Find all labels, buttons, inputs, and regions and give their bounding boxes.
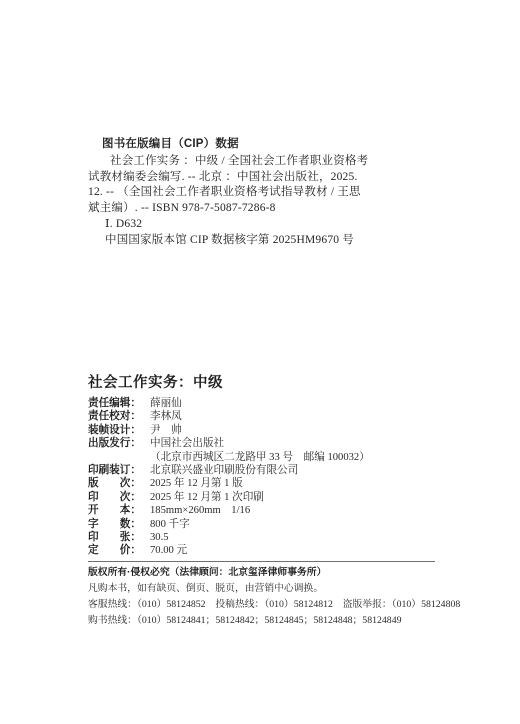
divider	[88, 561, 435, 562]
credit-value: 2025 年 12 月第 1 版	[150, 477, 243, 490]
credit-row-price: 定 价： 70.00 元	[88, 544, 448, 557]
credit-row-impression: 印 次： 2025 年 12 月第 1 次印刷	[88, 491, 448, 504]
credit-label: 印刷装订：	[88, 464, 150, 477]
credit-value: 尹 帅	[150, 424, 182, 437]
copyright-notice: 版权所有·侵权必究（法律顾问：北京玺泽律师事务所）	[88, 565, 458, 581]
credit-row-sheets: 印 张： 30.5	[88, 531, 448, 544]
credit-label: 责任编辑：	[88, 397, 150, 410]
credit-label: 印 次：	[88, 491, 150, 504]
cip-heading: 图书在版编目（CIP）数据	[102, 137, 436, 153]
credit-row-printer: 印刷装订： 北京联兴盛业印刷股份有限公司	[88, 464, 448, 477]
credit-label: 印 张：	[88, 531, 150, 544]
copyright-page: 图书在版编目（CIP）数据 社会工作实务 ：中级 / 全国社会工作者职业资格考 …	[0, 0, 520, 724]
cip-line: 社会工作实务 ：中级 / 全国社会工作者职业资格考	[110, 154, 436, 170]
credit-value: 北京联兴盛业印刷股份有限公司	[150, 464, 298, 477]
cip-line: 试教材编委会编写. -- 北京 ：中国社会出版社，2025.	[88, 170, 436, 186]
book-title: 社会工作实务：中级	[88, 371, 223, 392]
cip-line: 斌主编）. -- ISBN 978-7-5087-7286-8	[88, 201, 436, 217]
credit-value: 30.5	[150, 531, 169, 544]
cip-line: 12. -- （全国社会工作者职业资格考试指导教材 / 王思	[88, 185, 436, 201]
credit-label: 开 本：	[88, 504, 150, 517]
credits-list: 责任编辑： 薛丽仙 责任校对： 李林凤 装帧设计： 尹 帅 出版发行： 中国社会…	[88, 397, 448, 558]
credit-row-publisher: 出版发行： 中国社会出版社	[88, 437, 448, 450]
credit-value: 800 千字	[150, 518, 190, 531]
credit-value: 薛丽仙	[150, 397, 182, 410]
credit-row-format: 开 本： 185mm×260mm 1/16	[88, 504, 448, 517]
credit-value: 中国社会出版社	[150, 437, 224, 450]
credit-value: 70.00 元	[150, 544, 187, 557]
credit-label: 出版发行：	[88, 437, 150, 450]
purchase-hotlines: 购书热线：（010）58124841；58124842；58124845；581…	[88, 613, 458, 629]
credit-value: 185mm×260mm 1/16	[150, 504, 250, 517]
cip-section: 图书在版编目（CIP）数据 社会工作实务 ：中级 / 全国社会工作者职业资格考 …	[88, 137, 436, 249]
credit-row-address: （北京市西城区二龙路甲 33 号 邮编 100032）	[88, 451, 448, 464]
legal-section: 版权所有·侵权必究（法律顾问：北京玺泽律师事务所） 凡购本书，如有缺页、倒页、脱…	[88, 565, 458, 629]
cip-classification-line: Ⅰ. D632	[105, 217, 436, 233]
credit-label: 版 次：	[88, 477, 150, 490]
credit-row-edition: 版 次： 2025 年 12 月第 1 版	[88, 477, 448, 490]
credit-row-designer: 装帧设计： 尹 帅	[88, 424, 448, 437]
credit-row-editor: 责任编辑： 薛丽仙	[88, 397, 448, 410]
credit-label: 字 数：	[88, 518, 150, 531]
credit-row-proofreader: 责任校对： 李林凤	[88, 410, 448, 423]
cip-register-line: 中国国家版本馆 CIP 数据核字第 2025HM9670 号	[105, 233, 436, 249]
credit-label: 定 价：	[88, 544, 150, 557]
exchange-notice: 凡购本书，如有缺页、倒页、脱页，由营销中心调换。	[88, 581, 458, 597]
credit-value: 2025 年 12 月第 1 次印刷	[150, 491, 264, 504]
service-hotlines: 客服热线：（010）58124852 投稿热线：（010）58124812 盗版…	[88, 597, 458, 613]
credit-label: 责任校对：	[88, 410, 150, 423]
publisher-address: （北京市西城区二龙路甲 33 号 邮编 100032）	[150, 451, 370, 464]
credit-value: 李林凤	[150, 410, 182, 423]
credit-row-word-count: 字 数： 800 千字	[88, 518, 448, 531]
credit-label: 装帧设计：	[88, 424, 150, 437]
